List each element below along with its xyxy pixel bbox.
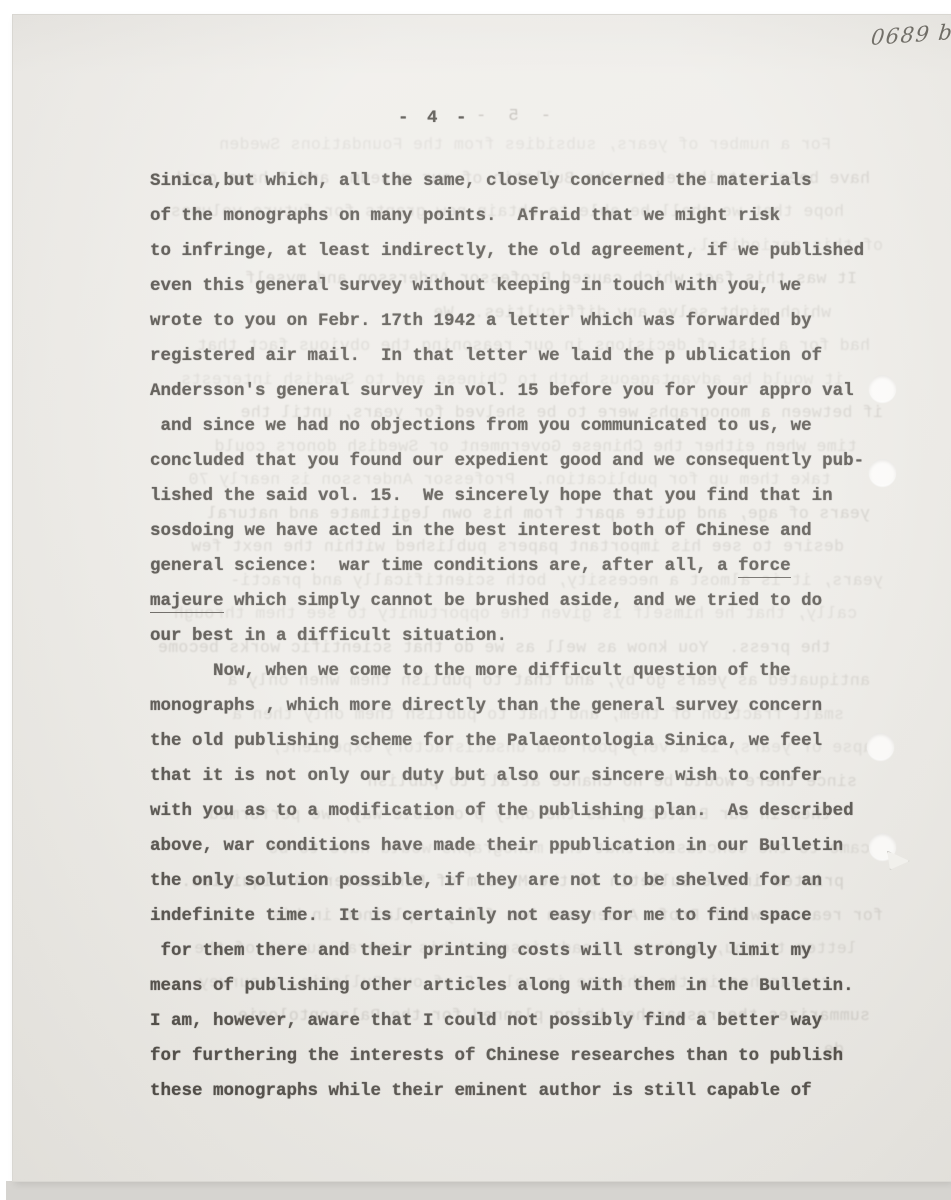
page-number: - 4 - [398,108,471,128]
letter-text: sosdoing we have acted in the best inter… [150,521,812,541]
letter-text: for furthering the interests of Chinese … [150,1046,843,1066]
letter-line: to infringe, at least indirectly, the ol… [150,234,890,269]
punch-hole [869,375,896,402]
letter-text: wrote to you on Febr. 17th 1942 a letter… [150,311,812,331]
letter-paper: For a number of years, subsidies from th… [13,15,951,1181]
letter-text: for them there and their printing costs … [150,941,812,961]
punch-hole [867,733,894,760]
letter-text: general science: war time conditions are… [150,556,738,576]
letter-text: lished the said vol. 15. We sincerely ho… [150,486,833,506]
letter-line: I am, however, aware that I could not po… [150,1004,890,1039]
letter-line: general science: war time conditions are… [150,549,890,584]
letter-text: Sinica,but which, all the same, closely … [150,171,812,191]
underlined-text: force [738,556,791,578]
letter-text: even this general survey without keeping… [150,276,801,296]
letter-line: even this general survey without keeping… [150,269,890,304]
letter-line: the only solution possible, if they are … [150,864,890,899]
letter-text: the only solution possible, if they are … [150,871,822,891]
scanned-document-page: For a number of years, subsidies from th… [0,0,951,1200]
letter-text: Andersson's general survey in vol. 15 be… [150,381,854,401]
letter-text: monographs , which more directly than th… [150,696,822,716]
letter-line: monographs , which more directly than th… [150,689,890,724]
letter-text: concluded that you found our expedient g… [150,451,864,471]
letter-line: Sinica,but which, all the same, closely … [150,164,890,199]
letter-line: lished the said vol. 15. We sincerely ho… [150,479,890,514]
letter-text: registered air mail. In that letter we l… [150,346,822,366]
letter-line: registered air mail. In that letter we l… [150,339,890,374]
letter-line: means of publishing other articles along… [150,969,890,1004]
underlined-text: majeure [150,591,224,613]
letter-line: our best in a difficult situation. [150,619,890,654]
letter-line: Now, when we come to the more difficult … [150,654,890,689]
bleedthrough-line: For a number of years, subsidies from th… [141,135,831,154]
letter-text: above, war conditions have made their pp… [150,836,843,856]
punch-hole [869,459,896,486]
letter-line: Andersson's general survey in vol. 15 be… [150,374,890,409]
letter-line: concluded that you found our expedient g… [150,444,890,479]
letter-line: wrote to you on Febr. 17th 1942 a letter… [150,304,890,339]
letter-line: and since we had no objections from you … [150,409,890,444]
letter-text: which simply cannot be brushed aside, an… [224,591,823,611]
letter-text: indefinite time. It is certainly not eas… [150,906,812,926]
letter-text: I am, however, aware that I could not po… [150,1011,822,1031]
letter-line: with you as to a modification of the pub… [150,794,890,829]
letter-text: the old publishing scheme for the Palaeo… [150,731,822,751]
letter-line: these monographs while their eminent aut… [150,1074,890,1109]
letter-line: indefinite time. It is certainly not eas… [150,899,890,934]
letter-line: for them there and their printing costs … [150,934,890,969]
letter-line: sosdoing we have acted in the best inter… [150,514,890,549]
scanner-background-strip [6,1181,951,1200]
letter-text: these monographs while their eminent aut… [150,1081,812,1101]
letter-text: to infringe, at least indirectly, the ol… [150,241,864,261]
letter-body: Sinica,but which, all the same, closely … [150,164,890,1109]
letter-text: of the monographs on many points. Afraid… [150,206,780,226]
letter-line: above, war conditions have made their pp… [150,829,890,864]
letter-line: the old publishing scheme for the Palaeo… [150,724,890,759]
letter-line: of the monographs on many points. Afraid… [150,199,890,234]
letter-text: with you as to a modification of the pub… [150,801,854,821]
letter-line: for furthering the interests of Chinese … [150,1039,890,1074]
letter-text: Now, when we come to the more difficult … [150,661,791,681]
letter-text: means of publishing other articles along… [150,976,854,996]
letter-text: that it is not only our duty but also ou… [150,766,822,786]
letter-line: majeure which simply cannot be brushed a… [150,584,890,619]
letter-text: and since we had no objections from you … [150,416,812,436]
bleedthrough-page-number: - 5 - [470,107,551,126]
letter-text: our best in a difficult situation. [150,626,507,646]
letter-line: that it is not only our duty but also ou… [150,759,890,794]
